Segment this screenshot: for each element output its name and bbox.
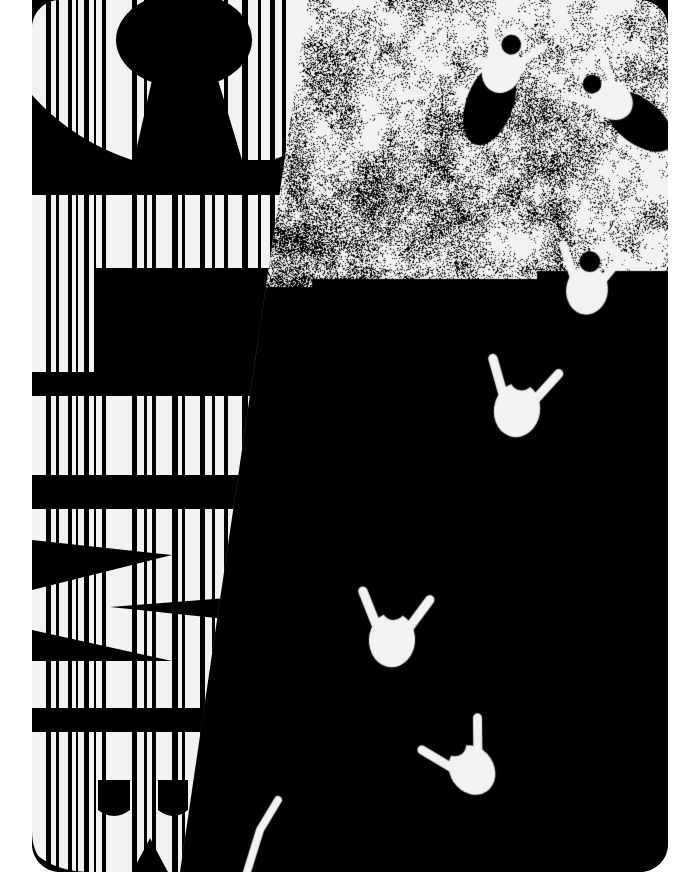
- poster-artwork: [32, 0, 668, 872]
- poster-card: CLIMB: [32, 0, 668, 872]
- climb-title-lettering: [32, 0, 668, 872]
